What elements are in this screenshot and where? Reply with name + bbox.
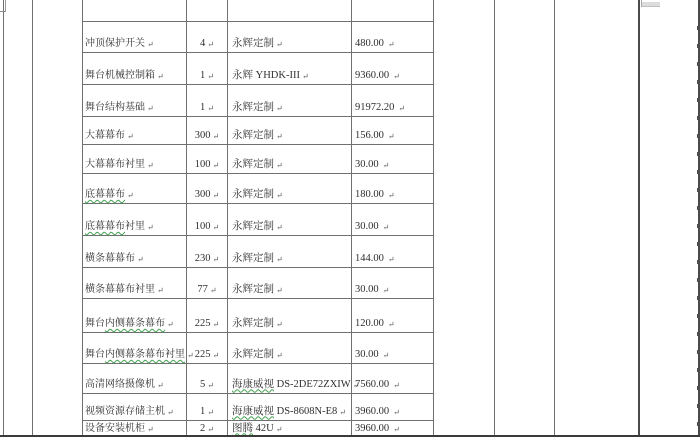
unit-price-value: 3960.00 bbox=[355, 424, 389, 435]
table-border-vertical bbox=[227, 0, 228, 436]
brand-name: 永辉定制 bbox=[232, 350, 274, 361]
end-of-cell-mark: ↵ bbox=[213, 352, 220, 360]
quantity-value: 230 bbox=[195, 254, 211, 265]
end-of-cell-mark: ↵ bbox=[147, 41, 154, 49]
unit-price-cell[interactable]: 30.00↵ bbox=[355, 145, 432, 173]
quantity-cell[interactable]: 77↵ bbox=[187, 268, 227, 298]
end-of-cell-mark: ↵ bbox=[207, 105, 214, 113]
end-of-cell-mark: ↵ bbox=[147, 162, 154, 170]
end-of-cell-mark: ↵ bbox=[388, 256, 395, 264]
brand-model-cell[interactable]: 海康威视 DS-2DE72ZXIW↵ bbox=[232, 364, 351, 393]
unit-price-value: 30.00 bbox=[355, 285, 379, 296]
item-name-cell[interactable]: 底幕幕布衬里↵ bbox=[85, 204, 186, 235]
unit-price-value: 7560.00 bbox=[355, 380, 389, 391]
quantity-value: 225 bbox=[195, 350, 211, 361]
unit-price-value: 120.00 bbox=[355, 319, 384, 330]
unit-price-cell[interactable]: 3960.00↵ bbox=[355, 394, 432, 420]
unit-price-cell[interactable]: 91972.20↵ bbox=[355, 85, 432, 116]
item-name-text: 高清网络摄像机 bbox=[85, 380, 155, 390]
unit-price-cell[interactable]: 480.00↵ bbox=[355, 22, 432, 52]
end-of-cell-mark: ↵ bbox=[276, 426, 283, 434]
empty-cell[interactable] bbox=[3, 0, 32, 436]
quantity-cell[interactable]: 300↵ bbox=[187, 174, 227, 203]
item-name-text: 舞台机械控制箱 bbox=[85, 71, 155, 81]
brand-name: 海康威视 bbox=[232, 380, 274, 391]
end-of-cell-mark: ↵ bbox=[276, 105, 283, 113]
end-of-cell-mark: ↵ bbox=[383, 352, 390, 360]
quantity-value: 225 bbox=[195, 319, 211, 330]
model-number: DS-2DE72ZXIW bbox=[277, 380, 351, 391]
empty-cell[interactable] bbox=[554, 0, 638, 436]
item-name-cell[interactable]: 横条幕幕布↵ bbox=[85, 236, 186, 267]
end-of-cell-mark: ↵ bbox=[393, 409, 400, 417]
end-of-cell-mark: ↵ bbox=[339, 409, 346, 417]
end-of-cell-mark: ↵ bbox=[213, 162, 220, 170]
quantity-value: 4 bbox=[200, 39, 205, 50]
quantity-cell[interactable]: 1↵ bbox=[187, 394, 227, 420]
item-name-cell[interactable]: 舞台机械控制箱↵ bbox=[85, 53, 186, 84]
quantity-value: 300 bbox=[195, 190, 211, 201]
brand-name: 永辉定制 bbox=[232, 190, 274, 201]
item-name-text: 冲顶保护开关 bbox=[85, 39, 145, 49]
end-of-cell-mark: ↵ bbox=[276, 287, 283, 295]
brand-name: 永辉定制 bbox=[232, 103, 274, 114]
end-of-cell-mark: ↵ bbox=[157, 287, 164, 295]
quantity-value: 2 bbox=[200, 424, 205, 435]
brand-name: 永辉定制 bbox=[232, 131, 274, 142]
end-of-cell-mark: ↵ bbox=[147, 224, 154, 232]
quantity-cell[interactable]: 225↵ bbox=[187, 333, 227, 363]
brand-model-cell[interactable]: 永辉定制↵ bbox=[232, 117, 351, 144]
unit-price-value: 180.00 bbox=[355, 190, 384, 201]
unit-price-cell[interactable]: 144.00↵ bbox=[355, 236, 432, 267]
end-of-cell-mark: ↵ bbox=[207, 41, 214, 49]
empty-cell[interactable] bbox=[638, 0, 698, 436]
item-name-text: 衬里 bbox=[125, 222, 145, 232]
quantity-value: 100 bbox=[195, 160, 211, 171]
end-of-cell-mark: ↵ bbox=[207, 73, 214, 81]
end-of-cell-mark: ↵ bbox=[207, 409, 214, 417]
end-of-cell-mark: ↵ bbox=[276, 224, 283, 232]
end-of-cell-mark: ↵ bbox=[276, 41, 283, 49]
item-name-text: 舞台结构基础 bbox=[85, 103, 145, 113]
unit-price-value: 30.00 bbox=[355, 160, 379, 171]
item-name-cell[interactable]: 冲顶保护开关↵ bbox=[85, 22, 186, 52]
item-name-text: 横条幕幕布衬里 bbox=[85, 285, 155, 295]
model-number: DS-8608N-E8 bbox=[277, 407, 338, 418]
end-of-cell-mark: ↵ bbox=[393, 73, 400, 81]
unit-price-value: 30.00 bbox=[355, 222, 379, 233]
brand-model-cell[interactable]: 永辉定制↵ bbox=[232, 145, 351, 173]
end-of-cell-mark: ↵ bbox=[167, 409, 174, 417]
top-left-cell-corner-line bbox=[5, 0, 6, 12]
unit-price-cell[interactable]: 30.00↵ bbox=[355, 268, 432, 298]
quantity-cell[interactable]: 225↵ bbox=[187, 299, 227, 332]
item-name-cell[interactable]: 大幕幕布↵ bbox=[85, 117, 186, 144]
brand-model-cell[interactable]: 永辉定制↵ bbox=[232, 299, 351, 332]
end-of-cell-mark: ↵ bbox=[213, 321, 220, 329]
item-name-cell[interactable]: 横条幕幕布衬里↵ bbox=[85, 268, 186, 298]
end-of-cell-mark: ↵ bbox=[393, 382, 400, 390]
unit-price-value: 30.00 bbox=[355, 350, 379, 361]
table-border-vertical bbox=[351, 0, 352, 436]
model-number: YHDK-III bbox=[256, 71, 300, 82]
empty-cell[interactable] bbox=[433, 0, 494, 436]
unit-price-value: 144.00 bbox=[355, 254, 384, 265]
end-of-cell-mark: ↵ bbox=[127, 192, 134, 200]
brand-name: 永辉定制 bbox=[232, 319, 274, 330]
end-of-cell-mark: ↵ bbox=[388, 41, 395, 49]
quantity-cell[interactable]: 300↵ bbox=[187, 117, 227, 144]
quantity-cell[interactable]: 100↵ bbox=[187, 145, 227, 173]
end-of-cell-mark: ↵ bbox=[137, 256, 144, 264]
end-of-cell-mark: ↵ bbox=[147, 426, 154, 434]
item-name-text: 横条幕幕布 bbox=[85, 254, 135, 264]
quantity-cell[interactable]: 4↵ bbox=[187, 22, 227, 52]
item-name-text: 设备安装机柜 bbox=[85, 424, 145, 434]
end-of-cell-mark: ↵ bbox=[276, 133, 283, 141]
item-name-text: 视频资源存储主机 bbox=[85, 407, 165, 417]
end-of-cell-mark: ↵ bbox=[207, 382, 214, 390]
table-border-vertical bbox=[82, 0, 83, 436]
item-name-cell[interactable]: 底幕幕布↵ bbox=[85, 174, 186, 203]
word-document-table-page: 冲顶保护开关↵4↵永辉定制↵480.00↵舞台机械控制箱↵1↵永辉 YHDK-I… bbox=[0, 0, 700, 440]
unit-price-value: 156.00 bbox=[355, 131, 384, 142]
end-of-cell-mark: ↵ bbox=[127, 133, 134, 141]
quantity-value: 100 bbox=[195, 222, 211, 233]
end-of-cell-mark: ↵ bbox=[383, 162, 390, 170]
end-of-cell-mark: ↵ bbox=[276, 256, 283, 264]
item-name-text-spellchecked: 内侧幕条幕布 bbox=[105, 319, 165, 329]
table-bottom-border bbox=[0, 435, 700, 437]
brand-name: 永辉定制 bbox=[232, 254, 274, 265]
brand-model-cell[interactable]: 永辉定制↵ bbox=[232, 268, 351, 298]
end-of-cell-mark: ↵ bbox=[276, 192, 283, 200]
end-of-cell-mark: ↵ bbox=[383, 224, 390, 232]
item-name-text: 舞台 bbox=[85, 319, 105, 329]
item-name-text-spellchecked: 底幕幕布 bbox=[85, 190, 125, 200]
brand-name: 永辉定制 bbox=[232, 160, 274, 171]
brand-name: 永辉定制 bbox=[232, 39, 274, 50]
brand-name: 永辉 bbox=[232, 71, 253, 82]
unit-price-cell[interactable]: 9360.00↵ bbox=[355, 53, 432, 84]
brand-model-cell[interactable]: 海康威视 DS-8608N-E8↵ bbox=[232, 394, 351, 420]
item-name-cell[interactable]: 舞台内侧幕条幕布↵ bbox=[85, 299, 186, 332]
brand-model-cell[interactable]: 永辉定制↵ bbox=[232, 85, 351, 116]
end-of-cell-mark: ↵ bbox=[213, 192, 220, 200]
unit-price-value: 91972.20 bbox=[355, 103, 394, 114]
end-of-cell-mark: ↵ bbox=[213, 256, 220, 264]
quantity-cell[interactable]: 5↵ bbox=[187, 364, 227, 393]
item-name-text: 大幕幕布 bbox=[85, 131, 125, 141]
end-of-cell-mark: ↵ bbox=[398, 105, 405, 113]
unit-price-cell[interactable]: 156.00↵ bbox=[355, 117, 432, 144]
quantity-value: 1 bbox=[200, 407, 205, 418]
top-right-gray-fragment-bar bbox=[642, 2, 660, 7]
end-of-cell-mark: ↵ bbox=[207, 426, 214, 434]
end-of-cell-mark: ↵ bbox=[276, 162, 283, 170]
unit-price-cell[interactable]: 120.00↵ bbox=[355, 299, 432, 332]
brand-model-cell[interactable]: 永辉定制↵ bbox=[232, 236, 351, 267]
end-of-cell-mark: ↵ bbox=[213, 133, 220, 141]
unit-price-cell[interactable]: 7560.00↵ bbox=[355, 364, 432, 393]
brand-model-cell[interactable]: 永辉定制↵ bbox=[232, 22, 351, 52]
end-of-cell-mark: ↵ bbox=[383, 287, 390, 295]
quantity-value: 300 bbox=[195, 131, 211, 142]
quantity-cell[interactable]: 230↵ bbox=[187, 236, 227, 267]
end-of-cell-mark: ↵ bbox=[276, 352, 283, 360]
end-of-cell-mark: ↵ bbox=[147, 105, 154, 113]
brand-name: 永辉定制 bbox=[232, 285, 274, 296]
item-name-text-spellchecked: 内侧幕条幕布衬里 bbox=[105, 350, 185, 360]
item-name-text: 大幕幕布衬里 bbox=[85, 160, 145, 170]
unit-price-cell[interactable]: 180.00↵ bbox=[355, 174, 432, 203]
item-name-text: 舞台 bbox=[85, 350, 105, 360]
end-of-cell-mark: ↵ bbox=[210, 287, 217, 295]
end-of-cell-mark: ↵ bbox=[157, 73, 164, 81]
quantity-cell[interactable]: 100↵ bbox=[187, 204, 227, 235]
quantity-value: 1 bbox=[200, 71, 205, 82]
item-name-cell[interactable]: 视频资源存储主机↵ bbox=[85, 394, 186, 420]
quantity-cell[interactable]: 1↵ bbox=[187, 85, 227, 116]
quantity-value: 1 bbox=[200, 103, 205, 114]
brand-model-cell[interactable]: 永辉 YHDK-III↵ bbox=[232, 53, 351, 84]
end-of-cell-mark: ↵ bbox=[302, 73, 309, 81]
brand-name: 图腾 bbox=[232, 424, 253, 435]
item-name-text-spellchecked: 底幕幕布 bbox=[85, 222, 125, 232]
unit-price-cell[interactable]: 30.00↵ bbox=[355, 333, 432, 363]
unit-price-value: 480.00 bbox=[355, 39, 384, 50]
unit-price-cell[interactable]: 30.00↵ bbox=[355, 204, 432, 235]
unit-price-value: 9360.00 bbox=[355, 71, 389, 82]
end-of-cell-mark: ↵ bbox=[157, 382, 164, 390]
empty-cell[interactable] bbox=[32, 0, 82, 436]
quantity-cell[interactable]: 1↵ bbox=[187, 53, 227, 84]
quantity-value: 77 bbox=[197, 285, 208, 296]
item-name-cell[interactable]: 大幕幕布衬里↵ bbox=[85, 145, 186, 173]
model-number: 42U bbox=[256, 424, 274, 435]
end-of-cell-mark: ↵ bbox=[213, 224, 220, 232]
end-of-cell-mark: ↵ bbox=[276, 321, 283, 329]
brand-model-cell[interactable]: 永辉定制↵ bbox=[232, 174, 351, 203]
item-name-cell[interactable]: 舞台结构基础↵ bbox=[85, 85, 186, 116]
end-of-cell-mark: ↵ bbox=[388, 192, 395, 200]
end-of-cell-mark: ↵ bbox=[388, 321, 395, 329]
brand-model-cell[interactable]: 永辉定制↵ bbox=[232, 204, 351, 235]
unit-price-value: 3960.00 bbox=[355, 407, 389, 418]
end-of-cell-mark: ↵ bbox=[388, 133, 395, 141]
empty-cell[interactable] bbox=[494, 0, 554, 436]
brand-model-cell[interactable]: 永辉定制↵ bbox=[232, 333, 351, 363]
item-name-cell[interactable]: 高清网络摄像机↵ bbox=[85, 364, 186, 393]
end-of-cell-mark: ↵ bbox=[167, 321, 174, 329]
brand-name: 海康威视 bbox=[232, 407, 274, 418]
end-of-cell-mark: ↵ bbox=[393, 426, 400, 434]
item-name-cell[interactable]: 舞台内侧幕条幕布衬里↵ bbox=[85, 333, 186, 363]
brand-name: 永辉定制 bbox=[232, 222, 274, 233]
quantity-value: 5 bbox=[200, 380, 205, 391]
